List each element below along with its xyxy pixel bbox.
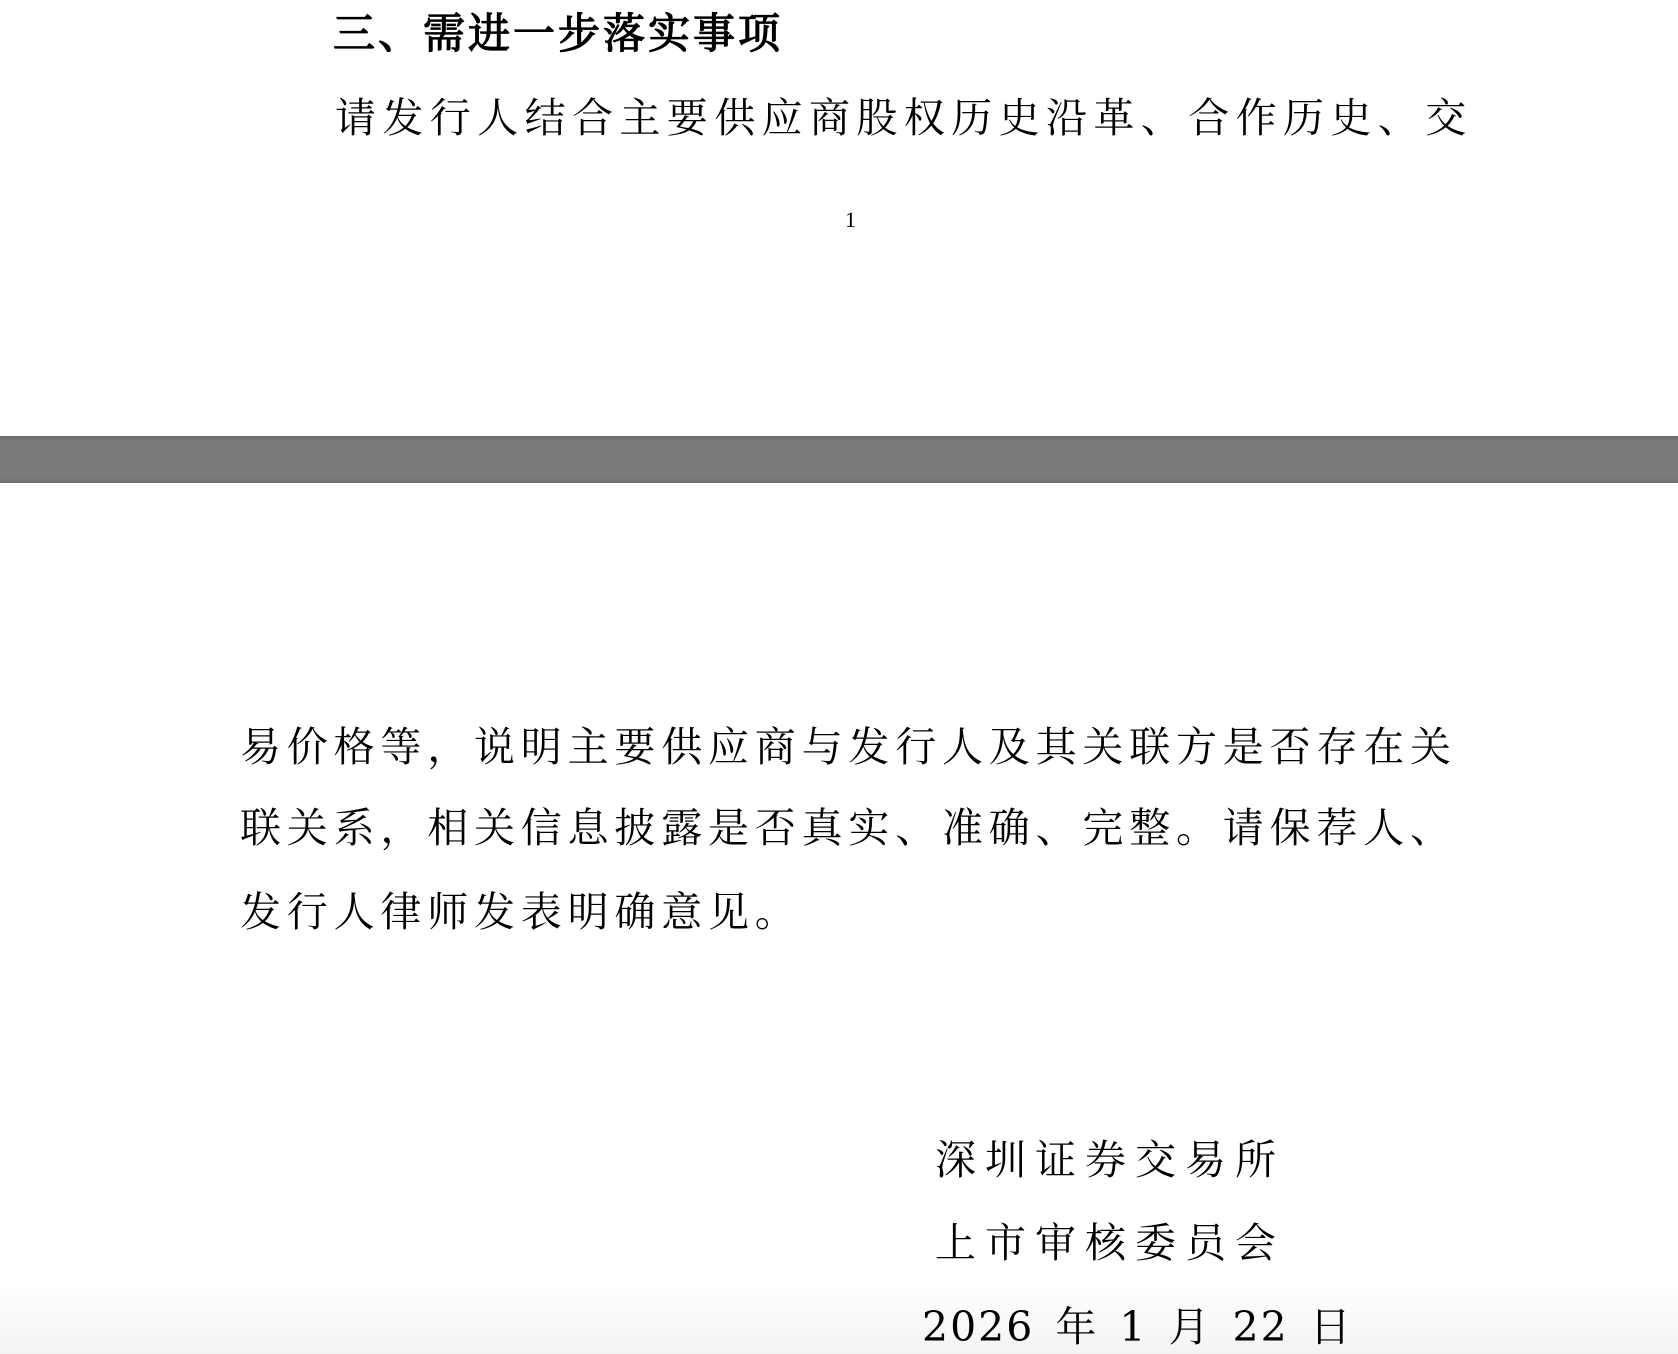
paragraph-line: 联关系，相关信息披露是否真实、准确、完整。请保荐人、: [240, 798, 1457, 858]
page-separator: [0, 436, 1678, 483]
document-page-1: 三、需进一步落实事项 请发行人结合主要供应商股权历史沿革、合作历史、交 1: [0, 0, 1678, 436]
paragraph-line: 易价格等，说明主要供应商与发行人及其关联方是否存在关: [240, 717, 1457, 777]
page-number: 1: [845, 205, 856, 235]
paragraph-line: 发行人律师发表明确意见。: [240, 882, 802, 942]
section-heading: 三、需进一步落实事项: [333, 4, 783, 64]
paragraph-line: 请发行人结合主要供应商股权历史沿革、合作历史、交: [335, 88, 1473, 148]
signature-committee: 上市审核委员会: [935, 1213, 1285, 1273]
signature-organization: 深圳证券交易所: [935, 1130, 1285, 1190]
signature-date: 2026 年 1 月 22 日: [922, 1297, 1353, 1354]
